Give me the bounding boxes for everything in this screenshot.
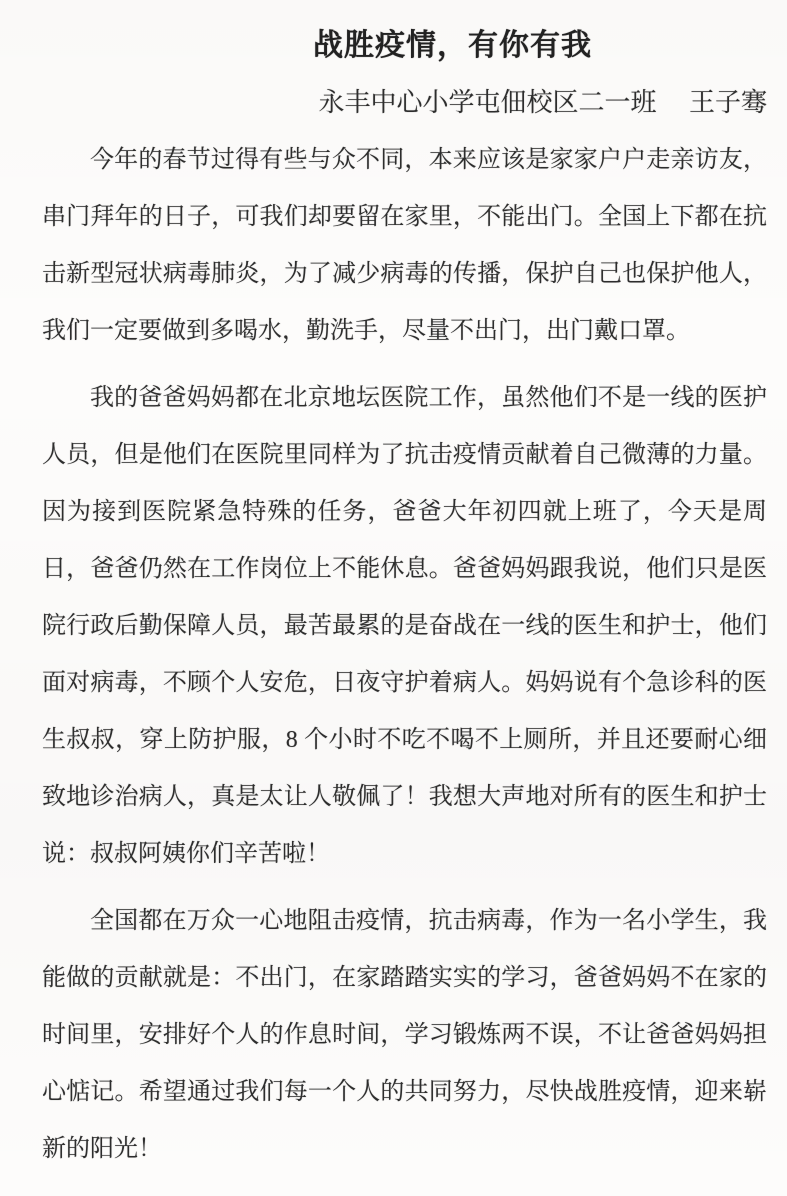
essay-paragraph-1: 今年的春节过得有些与众不同，本来应该是家家户户走亲访友，串门拜年的日子，可我们却… bbox=[42, 132, 767, 360]
essay-paragraph-3: 全国都在万众一心地阻击疫情，抗击病毒，作为一名小学生，我能做的贡献就是：不出门，… bbox=[42, 893, 767, 1178]
essay-body: 今年的春节过得有些与众不同，本来应该是家家户户走亲访友，串门拜年的日子，可我们却… bbox=[42, 132, 767, 1178]
essay-byline: 永丰中心小学屯佃校区二一班 王子骞 bbox=[42, 84, 767, 122]
scanned-essay-page: 战胜疫情，有你有我 永丰中心小学屯佃校区二一班 王子骞 今年的春节过得有些与众不… bbox=[0, 0, 787, 1196]
essay-title: 战胜疫情，有你有我 bbox=[42, 24, 767, 68]
essay-paragraph-2: 我的爸爸妈妈都在北京地坛医院工作，虽然他们不是一线的医护人员，但是他们在医院里同… bbox=[42, 370, 767, 883]
